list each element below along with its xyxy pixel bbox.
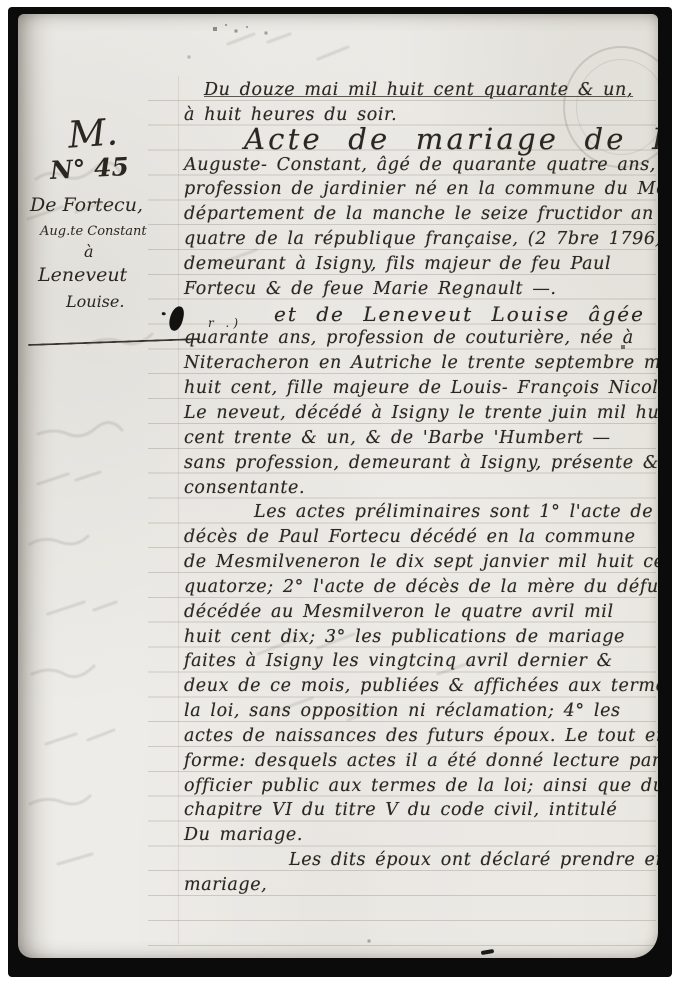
register-page: M. N° 45 De Fortecu, Aug.te Constant à L… <box>18 14 658 958</box>
act-line: mariage, <box>184 873 658 898</box>
act-line: la loi, sans opposition ni réclamation; … <box>184 699 658 724</box>
act-number: N° 45 <box>49 152 129 185</box>
act-line: décès de Paul Fortecu décédé en la commu… <box>184 525 658 550</box>
act-text: Du douze mai mil huit cent quarante & un… <box>184 78 658 898</box>
margin-groom-surname: De Fortecu, <box>30 194 143 216</box>
act-line: chapitre VI du titre V du code civil, in… <box>184 798 658 823</box>
act-line: officier public aux termes de la loi; ai… <box>184 774 658 799</box>
act-line: profession de jardinier né en la commune… <box>184 177 658 202</box>
act-line: département de la manche le seize fructi… <box>184 202 658 227</box>
act-line: quatorze; 2° l'acte de décès de la mère … <box>184 575 658 600</box>
act-line: Auguste- Constant, âgé de quarante quatr… <box>184 153 658 178</box>
act-line: huit cent, fille majeure de Louis- Franç… <box>184 376 658 401</box>
act-line: quatre de la république française, (2 7b… <box>184 227 658 252</box>
act-line: Niteracheron en Autriche le trente septe… <box>184 351 658 376</box>
act-line: Le neveut, décédé à Isigny le trente jui… <box>184 401 658 426</box>
act-line: et de Leneveut Louise âgée de <box>184 302 658 327</box>
act-line: deux de ce mois, publiées & affichées au… <box>184 674 658 699</box>
margin-groom-given: Aug.te Constant <box>40 224 147 239</box>
act-line: Les dits époux ont déclaré prendre en <box>184 848 658 873</box>
act-line: Fortecu & de feue Marie Regnault —. <box>184 277 658 302</box>
margin-initial: M. <box>67 110 120 156</box>
act-line: demeurant à Isigny, fils majeur de feu P… <box>184 252 658 277</box>
act-line: quarante ans, profession de couturière, … <box>184 326 658 351</box>
scan-black-frame: M. N° 45 De Fortecu, Aug.te Constant à L… <box>8 7 672 977</box>
margin-bride-surname: Leneveut <box>38 264 127 286</box>
act-line: Du mariage. <box>184 823 658 848</box>
act-line: Du douze mai mil huit cent quarante & un… <box>184 78 658 103</box>
act-line: forme: desquels actes il a été donné lec… <box>184 749 658 774</box>
act-line: de Mesmilveneron le dix sept janvier mil… <box>184 550 658 575</box>
act-line: sans profession, demeurant à Isigny, pré… <box>184 451 658 476</box>
scanned-register-photo: M. N° 45 De Fortecu, Aug.te Constant à L… <box>0 0 679 984</box>
act-line: décédée au Mesmilveron le quatre avril m… <box>184 600 658 625</box>
act-line: faites à Isigny les vingtcinq avril dern… <box>184 649 658 674</box>
act-line: Acte de mariage de Fortecu <box>184 128 658 153</box>
act-line: Les actes préliminaires sont 1° l'acte d… <box>184 500 658 525</box>
act-line: cent trente & un, & de 'Barbe 'Humbert — <box>184 426 658 451</box>
margin-bride-given: Louise. <box>66 292 124 311</box>
act-line: huit cent dix; 3° les publications de ma… <box>184 625 658 650</box>
paper-speckles <box>18 14 20 16</box>
margin-joiner: à <box>84 242 94 261</box>
act-line: consentante. <box>184 476 658 501</box>
act-line: actes de naissances des futurs époux. Le… <box>184 724 658 749</box>
